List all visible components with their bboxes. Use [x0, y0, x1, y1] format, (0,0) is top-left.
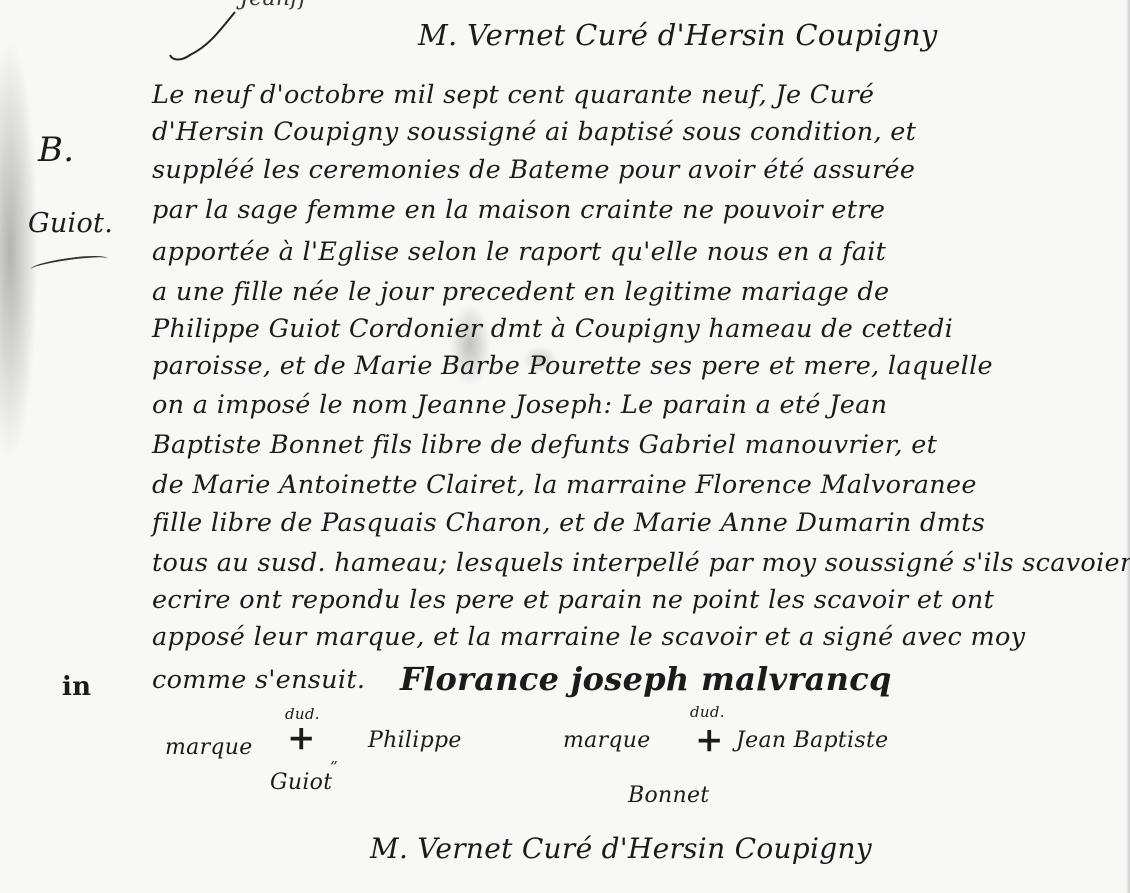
father-last-name: Guiot	[270, 770, 332, 795]
godfather-last-name: Bonnet	[628, 783, 709, 808]
body-line: tous au susd. hameau; lesquels interpell…	[152, 548, 1130, 578]
header-signature: M. Vernet Curé d'Hersin Coupigny	[418, 18, 938, 52]
father-cross-mark: +	[287, 718, 316, 758]
flourish-stroke	[150, 10, 270, 70]
body-line: fille libre de Pasquais Charon, et de Ma…	[152, 508, 985, 538]
body-line: ecrire ont repondu les pere et parain ne…	[152, 585, 994, 615]
body-line: d'Hersin Coupigny soussigné ai baptisé s…	[152, 117, 916, 147]
body-line: on a imposé le nom Jeanne Joseph: Le par…	[152, 390, 887, 420]
father-first-name: Philippe	[368, 728, 462, 753]
body-line: apportée à l'Eglise selon le raport qu'e…	[152, 237, 886, 267]
godfather-cross-mark: +	[695, 720, 724, 760]
body-line: a une fille née le jour precedent en leg…	[152, 277, 889, 307]
margin-underline	[30, 253, 109, 276]
margin-entry-type: B.	[38, 130, 74, 170]
footer-signature: M. Vernet Curé d'Hersin Coupigny	[370, 832, 872, 865]
body-line: comme s'ensuit.	[152, 665, 365, 695]
body-line: Le neuf d'octobre mil sept cent quarante…	[152, 80, 874, 110]
godfather-mark-label: marque	[563, 728, 651, 753]
body-line: par la sage femme en la maison crainte n…	[152, 195, 885, 225]
body-line: paroisse, et de Marie Barbe Pourette ses…	[152, 351, 993, 381]
body-line: suppléé les ceremonies de Bateme pour av…	[152, 155, 915, 185]
margin-surname: Guiot.	[28, 208, 113, 239]
register-page: Jeanff M. Vernet Curé d'Hersin Coupigny …	[0, 0, 1130, 893]
body-line: Baptiste Bonnet fils libre de defunts Ga…	[152, 430, 937, 460]
body-line: Philippe Guiot Cordonier dmt à Coupigny …	[152, 314, 953, 344]
godfather-first-name: Jean Baptiste	[736, 728, 888, 753]
body-line: apposé leur marque, et la marraine le sc…	[152, 622, 1025, 652]
page-edge	[1126, 0, 1130, 893]
father-mark-label: marque	[165, 735, 253, 760]
godmother-signature: Florance joseph malvrancq	[400, 660, 892, 698]
margin-ink-mark: in	[62, 672, 91, 702]
body-line: de Marie Antoinette Clairet, la marraine…	[152, 470, 977, 500]
godfather-mark-prefix: dud.	[690, 703, 725, 721]
